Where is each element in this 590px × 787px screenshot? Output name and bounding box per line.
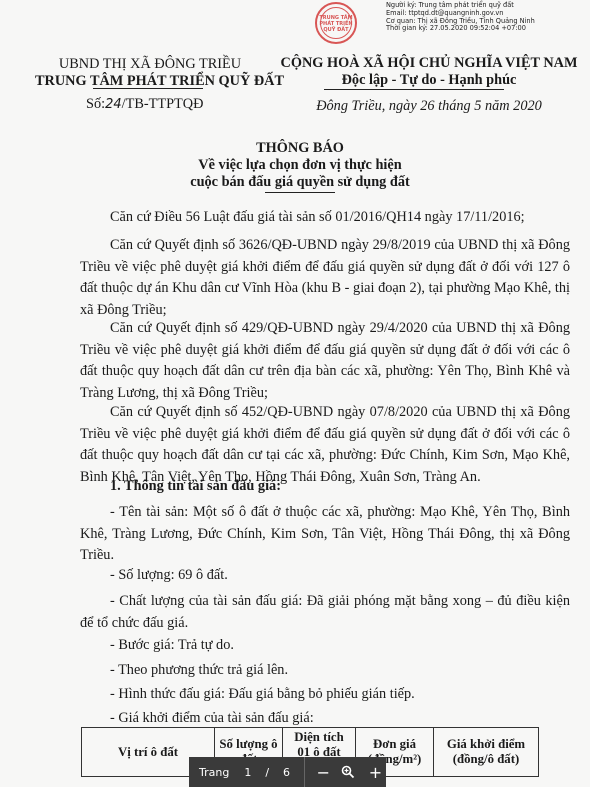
asset-quality-paragraph: - Chất lượng của tài sản đấu giá: Đã giả… — [80, 591, 570, 634]
current-page-input[interactable]: 1 — [244, 766, 251, 779]
auction-form: - Hình thức đấu giá: Đấu giá bằng bỏ phi… — [110, 686, 415, 703]
zoom-out-icon[interactable]: − — [313, 759, 334, 785]
total-pages: 6 — [283, 766, 290, 779]
place-date: Đông Triều, ngày 26 tháng 5 năm 2020 — [270, 98, 588, 115]
asset-quantity: - Số lượng: 69 ô đất. — [110, 567, 228, 584]
nation-name: CỘNG HOÀ XÃ HỘI CHỦ NGHĨA VIỆT NAM — [270, 55, 588, 72]
bidding-method: - Theo phương thức trả giá lên. — [110, 662, 288, 679]
basis-paragraph-3: Căn cứ Quyết định số 429/QĐ-UBND ngày 29… — [80, 318, 570, 404]
doc-no-handwritten: 24 — [105, 97, 122, 112]
col-header-starting-price: Giá khởi điểm (đồng/ô đất) — [434, 728, 539, 777]
stamp-text-3: QUỸ ĐẤT — [317, 27, 355, 33]
asset-quality-text: - Chất lượng của tài sản đấu giá: Đã giả… — [80, 591, 570, 634]
notice-subtitle-2: cuộc bán đấu giá quyền sử dụng đất — [150, 174, 450, 191]
notice-title: THÔNG BÁO — [150, 140, 450, 157]
doc-no-prefix: Số: — [86, 96, 105, 112]
signature-time: Thời gian ký: 27.05.2020 09:52:04 +07:00 — [386, 25, 586, 33]
digital-signature-info: Người ký: Trung tâm phát triển quỹ đất E… — [386, 2, 586, 33]
zoom-magnifier-icon[interactable] — [338, 759, 359, 785]
starting-price-label: - Giá khởi điểm của tài sản đấu giá: — [110, 710, 314, 727]
page-separator: / — [265, 766, 269, 779]
pdf-viewer-toolbar: Trang 1 / 6 − + — [189, 757, 386, 787]
basis-paragraph-2: Căn cứ Quyết định số 3626/QĐ-UBND ngày 2… — [80, 235, 570, 321]
national-motto: Độc lập - Tự do - Hạnh phúc — [270, 72, 588, 89]
page-label: Trang — [199, 766, 229, 779]
notice-subtitle-1: Về việc lựa chọn đơn vị thực hiện — [150, 157, 450, 174]
document-number: Số:24/TB-TTPTQĐ — [86, 96, 203, 113]
asset-name-paragraph: - Tên tài sản: Một số ô đất ở thuộc các … — [80, 502, 570, 567]
basis-text-4: Căn cứ Quyết định số 452/QĐ-UBND ngày 07… — [80, 402, 570, 488]
section-1-heading: 1. Thông tin tài sản đấu giá: — [110, 478, 281, 495]
price-step: - Bước giá: Trả tự do. — [110, 637, 234, 654]
stamp-text-1: TRUNG TÂM — [317, 15, 355, 21]
basis-text-2: Căn cứ Quyết định số 3626/QĐ-UBND ngày 2… — [80, 235, 570, 321]
org-parent: UBND THỊ XÃ ĐÔNG TRIỀU — [35, 56, 265, 73]
basis-text-1: Căn cứ Điều 56 Luật đấu giá tài sản số 0… — [80, 207, 570, 229]
basis-text-3: Căn cứ Quyết định số 429/QĐ-UBND ngày 29… — [80, 318, 570, 404]
title-underline — [265, 192, 335, 193]
asset-name-text: - Tên tài sản: Một số ô đất ở thuộc các … — [80, 502, 570, 567]
org-underline — [93, 88, 203, 89]
basis-paragraph-4: Căn cứ Quyết định số 452/QĐ-UBND ngày 07… — [80, 402, 570, 488]
red-seal-stamp-icon: TRUNG TÂM PHÁT TRIỂN QUỸ ĐẤT — [315, 2, 357, 44]
zoom-in-icon[interactable]: + — [365, 759, 386, 785]
motto-underline — [324, 89, 504, 90]
basis-paragraph-1: Căn cứ Điều 56 Luật đấu giá tài sản số 0… — [80, 207, 570, 229]
document-page: Người ký: Trung tâm phát triển quỹ đất E… — [0, 0, 590, 787]
toolbar-divider — [304, 757, 305, 787]
stamp-text-2: PHÁT TRIỂN — [317, 21, 355, 27]
doc-no-suffix: /TB-TTPTQĐ — [122, 96, 204, 112]
